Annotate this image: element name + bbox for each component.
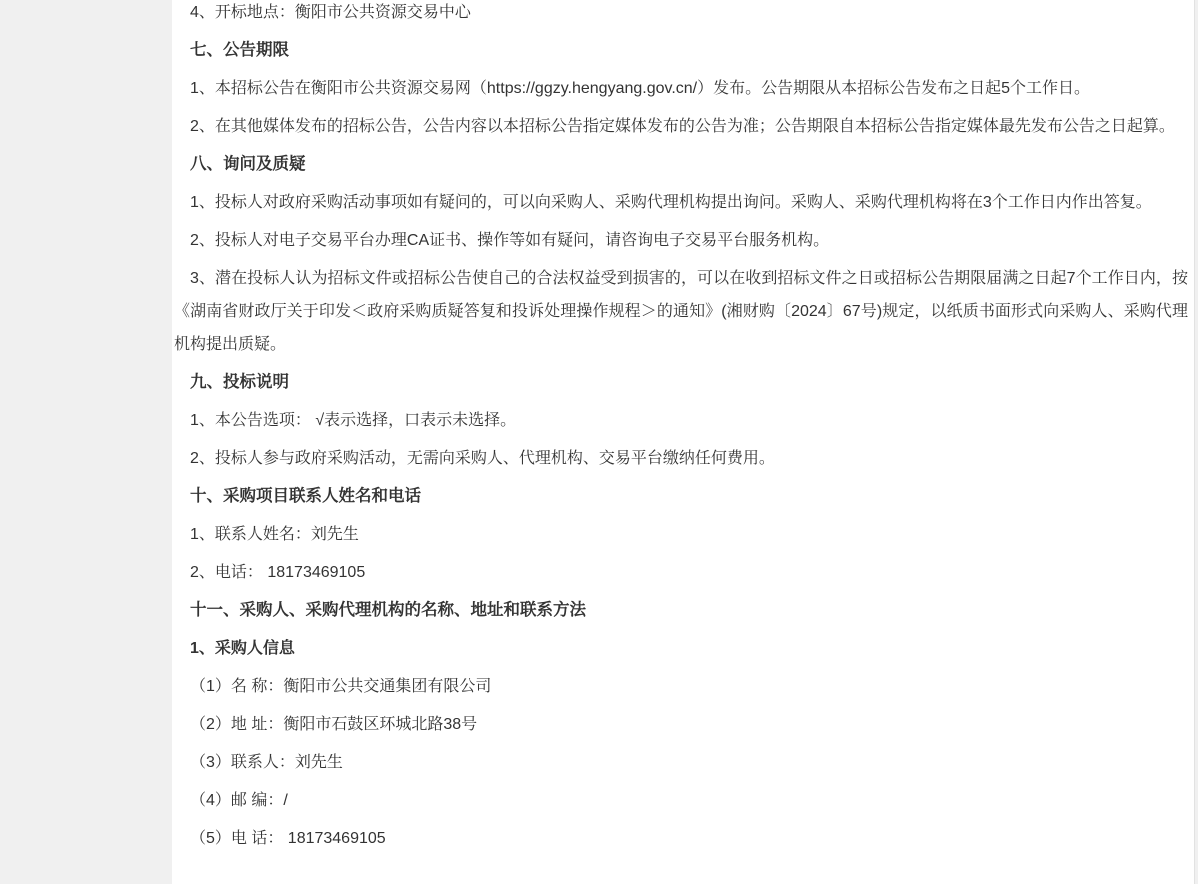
paragraph: （4）邮 编：/ [174, 784, 1188, 817]
document-body: 4、开标地点：衡阳市公共资源交易中心七、公告期限1、本招标公告在衡阳市公共资源交… [174, 0, 1188, 855]
paragraph: 1、本公告选项： √表示选择，口表示未选择。 [174, 404, 1188, 437]
announcement-panel: 4、开标地点：衡阳市公共资源交易中心七、公告期限1、本招标公告在衡阳市公共资源交… [172, 0, 1195, 884]
section-heading: 八、询问及质疑 [174, 148, 1188, 181]
paragraph: （2）地 址：衡阳市石鼓区环城北路38号 [174, 708, 1188, 741]
paragraph: 2、在其他媒体发布的招标公告，公告内容以本招标公告指定媒体发布的公告为准；公告期… [174, 110, 1188, 143]
paragraph: 2、电话： 18173469105 [174, 556, 1188, 589]
paragraph: 1、本招标公告在衡阳市公共资源交易网（https://ggzy.hengyang… [174, 72, 1188, 105]
paragraph: （3）联系人：刘先生 [174, 746, 1188, 779]
section-heading: 七、公告期限 [174, 34, 1188, 67]
paragraph: 1、联系人姓名：刘先生 [174, 518, 1188, 551]
paragraph: （1）名 称：衡阳市公共交通集团有限公司 [174, 670, 1188, 703]
paragraph: 3、潜在投标人认为招标文件或招标公告使自己的合法权益受到损害的，可以在收到招标文… [174, 262, 1188, 361]
sub-heading: 1、采购人信息 [174, 632, 1188, 665]
paragraph: 1、投标人对政府采购活动事项如有疑问的，可以向采购人、采购代理机构提出询问。采购… [174, 186, 1188, 219]
section-heading: 九、投标说明 [174, 366, 1188, 399]
page-gutter [0, 0, 172, 884]
section-heading: 十、采购项目联系人姓名和电话 [174, 480, 1188, 513]
paragraph: 2、投标人参与政府采购活动，无需向采购人、代理机构、交易平台缴纳任何费用。 [174, 442, 1188, 475]
section-heading: 十一、采购人、采购代理机构的名称、地址和联系方法 [174, 594, 1188, 627]
paragraph: （5）电 话： 18173469105 [174, 822, 1188, 855]
paragraph: 4、开标地点：衡阳市公共资源交易中心 [174, 0, 1188, 29]
paragraph: 2、投标人对电子交易平台办理CA证书、操作等如有疑问，请咨询电子交易平台服务机构… [174, 224, 1188, 257]
